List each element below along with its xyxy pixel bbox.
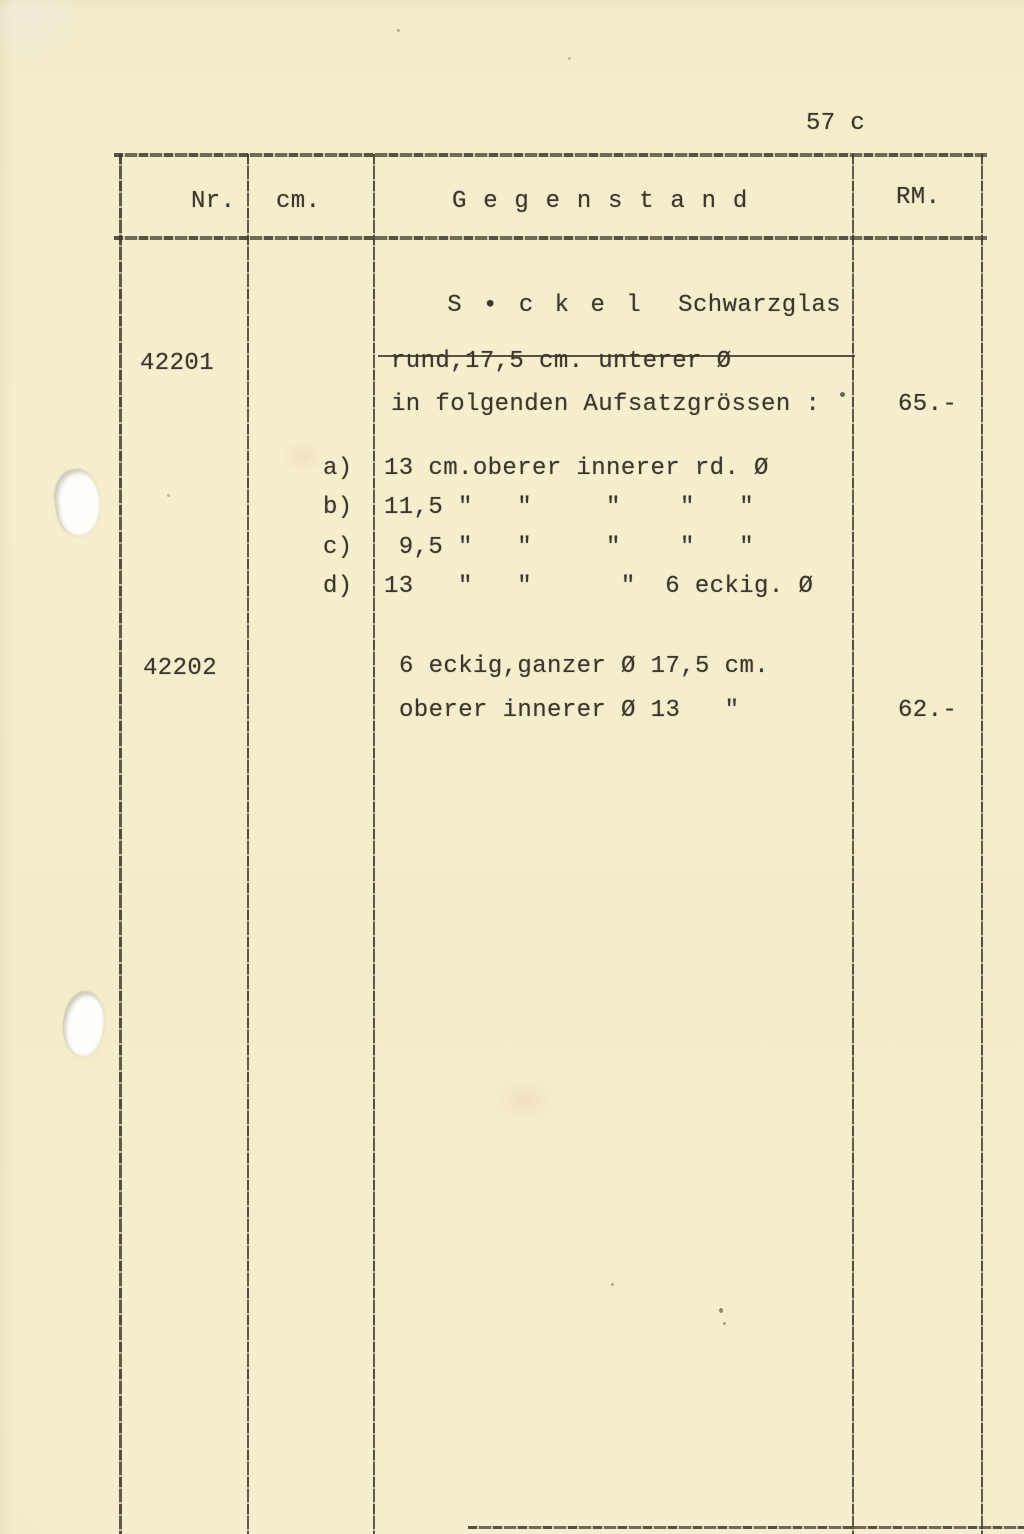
section-title-word2: Schwarzglas xyxy=(678,292,841,319)
ink-speck xyxy=(397,29,400,32)
ink-speck xyxy=(723,1322,726,1325)
item-description-line2: in folgenden Aufsatzgrössen : xyxy=(391,391,820,419)
column-header-cm: cm. xyxy=(276,188,320,216)
section-title: S • c k e lSchwarzglas xyxy=(378,264,855,357)
ink-speck xyxy=(167,494,170,497)
variant-label: b) xyxy=(323,494,353,522)
item-number: 42202 xyxy=(143,655,217,683)
punch-hole xyxy=(51,467,104,539)
table-border-left xyxy=(119,154,122,1534)
item-price: 62.- xyxy=(898,697,957,725)
column-divider-gegenstand-rm xyxy=(852,154,854,1534)
ink-speck xyxy=(568,57,571,60)
item-number: 42201 xyxy=(140,350,214,378)
scanned-price-list-page: 57 c Nr. cm. G e g e n s t a n d RM. S •… xyxy=(0,0,1024,1534)
variant-text: 13 cm.oberer innerer rd. Ø xyxy=(384,455,769,483)
item-description-line1: rund,17,5 cm. unterer Ø xyxy=(391,348,731,376)
ink-speck xyxy=(719,1308,723,1313)
variant-label: c) xyxy=(323,534,353,562)
variant-text: 11,5 " " " " " xyxy=(384,494,754,522)
table-border-right xyxy=(981,154,983,1534)
ink-speck xyxy=(840,392,845,397)
punch-hole xyxy=(61,990,107,1059)
paper-smudge xyxy=(495,1080,555,1120)
table-border-top xyxy=(114,153,987,157)
variant-label: a) xyxy=(323,455,353,483)
page-number: 57 c xyxy=(806,110,865,138)
paper-smudge xyxy=(280,440,326,474)
section-title-word1: S • c k e l xyxy=(447,292,644,319)
item-description-line2: oberer innerer Ø 13 " xyxy=(399,697,739,725)
column-header-nr: Nr. xyxy=(191,188,235,216)
ink-speck xyxy=(611,1283,614,1286)
column-divider-nr-cm xyxy=(247,154,249,1534)
variant-label: d) xyxy=(323,573,353,601)
table-header-divider xyxy=(114,236,987,240)
item-description-line1: 6 eckig,ganzer Ø 17,5 cm. xyxy=(399,653,769,681)
column-header-rm: RM. xyxy=(896,184,940,212)
variant-text: 9,5 " " " " " xyxy=(384,534,754,562)
column-header-gegenstand: G e g e n s t a n d xyxy=(452,188,748,216)
table-border-bottom xyxy=(468,1526,1024,1529)
column-divider-cm-gegenstand xyxy=(373,154,375,1534)
variant-text: 13 " " " 6 eckig. Ø xyxy=(384,573,813,601)
item-price: 65.- xyxy=(898,391,957,419)
